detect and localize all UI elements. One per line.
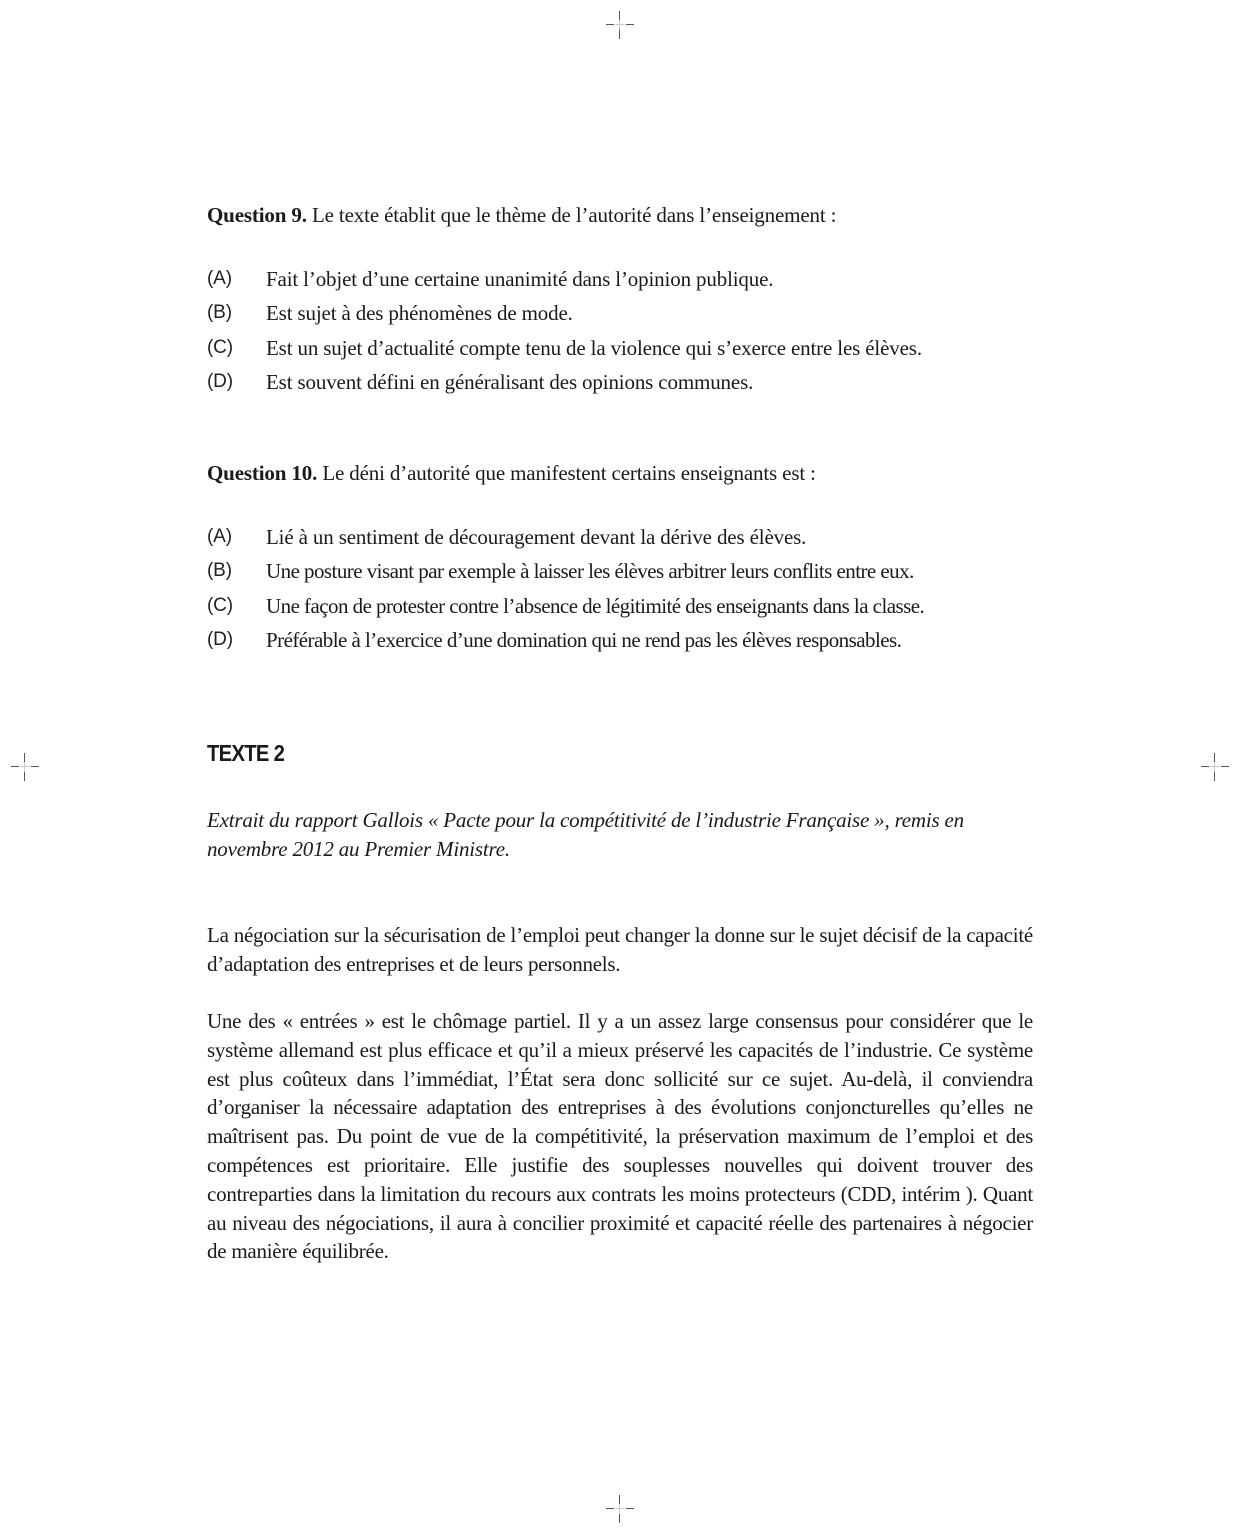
option-letter: (C) [207,589,266,623]
option-letter: (B) [207,554,266,588]
question-prompt: Question 10. Le déni d’autorité que mani… [207,456,1037,490]
crop-mark-bottom [606,1495,634,1523]
option-letter: (A) [207,262,266,296]
option-text: Est sujet à des phénomènes de mode. [266,296,573,330]
option-letter: (D) [207,623,266,657]
answer-option-b[interactable]: (B) Est sujet à des phénomènes de mode. [207,296,1037,330]
question-number: Question 9. [207,203,307,227]
option-text: Lié à un sentiment de découragement deva… [266,520,806,554]
question-number: Question 10. [207,461,317,485]
answer-option-c[interactable]: (C) Est un sujet d’actualité compte tenu… [207,331,1037,365]
option-letter: (B) [207,296,266,330]
answer-option-b[interactable]: (B) Une posture visant par exemple à lai… [207,554,1037,588]
question-prompt: Question 9. Le texte établit que le thèm… [207,198,1037,232]
option-text: Préférable à l’exercice d’une domination… [266,623,901,657]
source-citation: Extrait du rapport Gallois « Pacte pour … [207,806,1037,864]
document-page: Question 9. Le texte établit que le thèm… [0,0,1240,1535]
answer-option-d[interactable]: (D) Préférable à l’exercice d’une domina… [207,623,1037,657]
crop-mark-top [606,11,634,39]
answer-option-d[interactable]: (D) Est souvent défini en généralisant d… [207,365,1037,399]
option-text: Est souvent défini en généralisant des o… [266,365,753,399]
question-9: Question 9. Le texte établit que le thèm… [207,198,1037,399]
section-heading: TEXTE 2 [207,740,284,767]
option-letter: (C) [207,331,266,365]
answer-options: (A) Lié à un sentiment de découragement … [207,520,1037,657]
answer-option-a[interactable]: (A) Fait l’objet d’une certaine unanimit… [207,262,1037,296]
answer-option-a[interactable]: (A) Lié à un sentiment de découragement … [207,520,1037,554]
body-paragraph-2: Une des « entrées » est le chômage parti… [207,1007,1033,1266]
option-text: Une posture visant par exemple à laisser… [266,554,914,588]
crop-mark-left [11,753,39,781]
option-text: Est un sujet d’actualité compte tenu de … [266,331,922,365]
answer-options: (A) Fait l’objet d’une certaine unanimit… [207,262,1037,399]
question-10: Question 10. Le déni d’autorité que mani… [207,456,1037,657]
body-paragraph-1: La négociation sur la sécurisation de l’… [207,921,1033,979]
option-text: Une façon de protester contre l’absence … [266,589,924,623]
option-letter: (A) [207,520,266,554]
answer-option-c[interactable]: (C) Une façon de protester contre l’abse… [207,589,1037,623]
option-text: Fait l’objet d’une certaine unanimité da… [266,262,773,296]
crop-mark-right [1201,753,1229,781]
option-letter: (D) [207,365,266,399]
